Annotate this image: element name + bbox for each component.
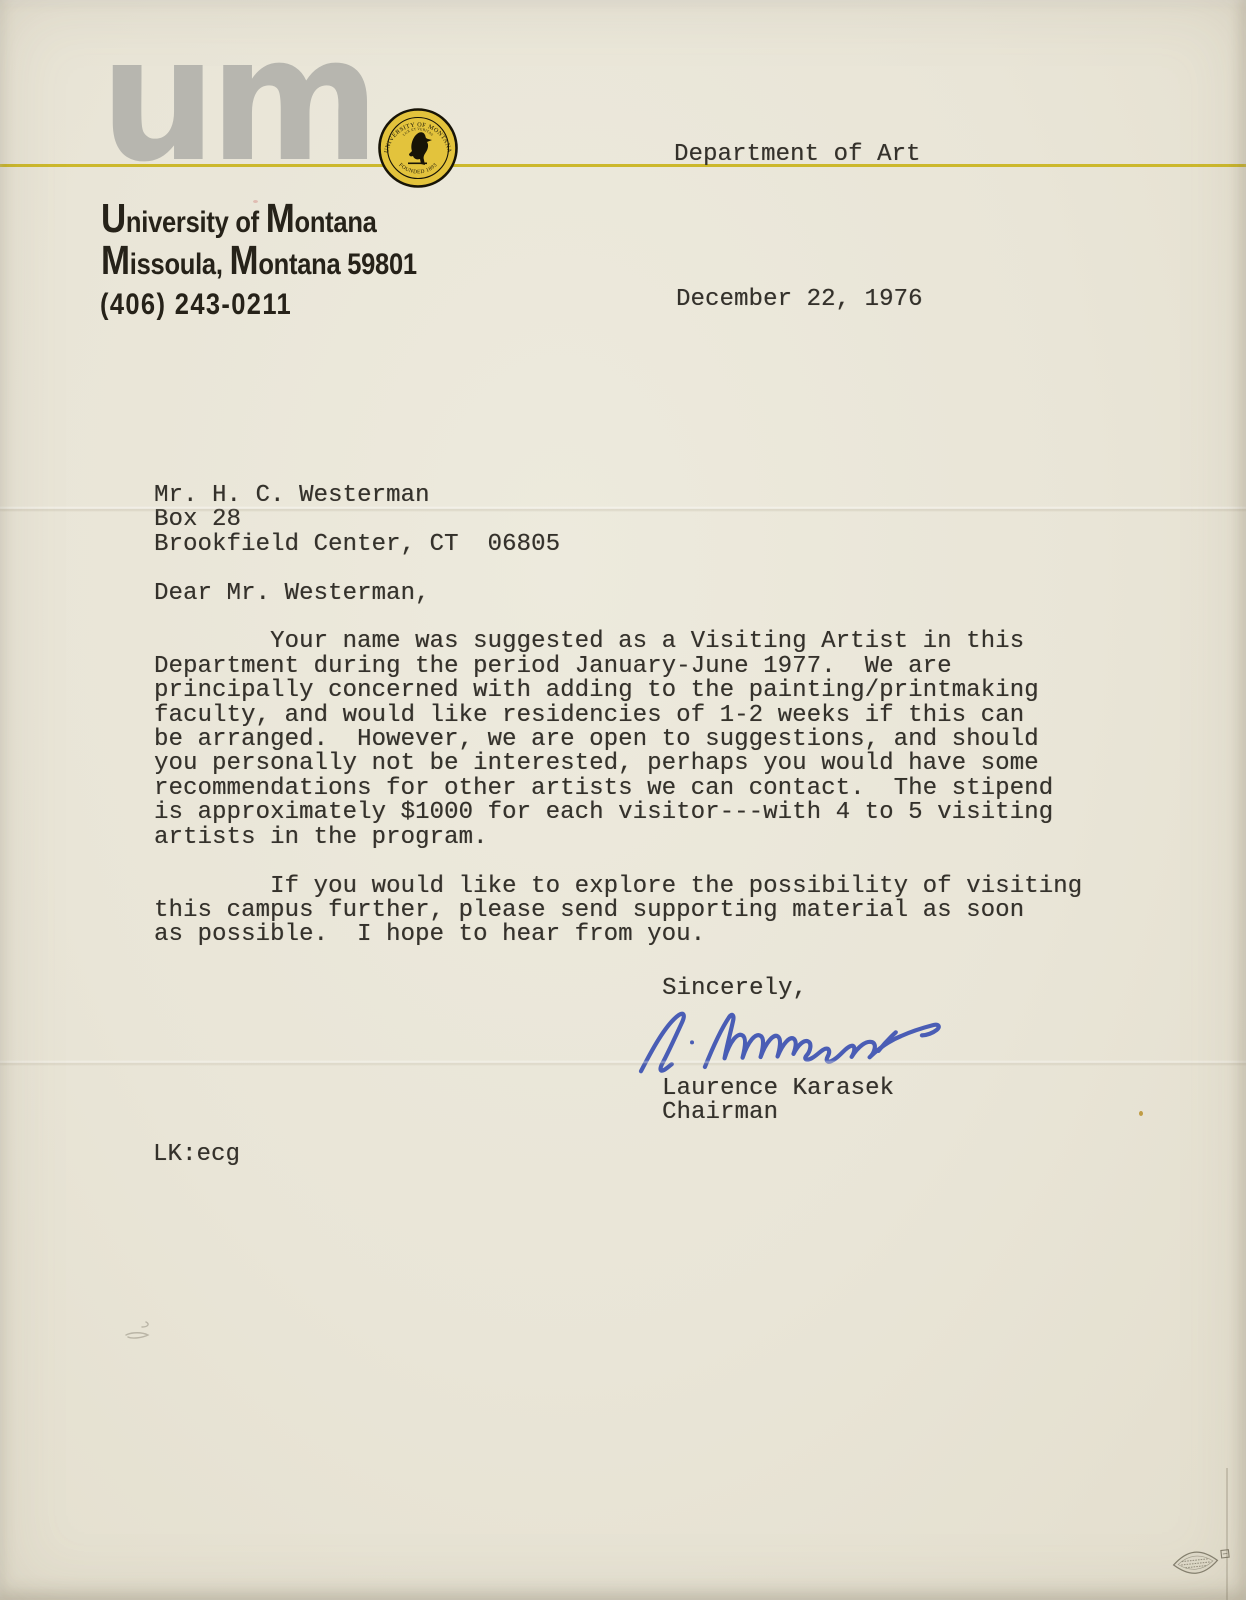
letter-sheet: um Department of Art UNIVERSITY OF MONTA… — [0, 0, 1246, 1600]
signature-stroke — [639, 1014, 686, 1072]
letterhead-text-part: ontana 59801 — [258, 248, 417, 281]
um-logo: um — [100, 14, 373, 186]
fold-crease-bottom — [0, 1060, 1246, 1066]
letter-body-text: Mr. H. C. Westerman Box 28 Brookfield Ce… — [154, 484, 1082, 948]
seal-ground-line — [408, 163, 427, 165]
embosser-stamp — [1171, 1546, 1233, 1578]
signature-dot — [690, 1040, 694, 1044]
signature-stroke — [703, 1008, 940, 1067]
letterhead-text-part: ontana — [295, 206, 377, 239]
letterhead-initial: M — [230, 237, 259, 283]
signer-name: Laurence Karasek — [662, 1077, 894, 1101]
pencil-smudge — [118, 1318, 162, 1342]
signer-title: Chairman — [662, 1101, 778, 1125]
paper-speck — [1139, 1111, 1143, 1116]
letterhead-phone: (406) 243-0211 — [100, 290, 292, 320]
department-heading: Department of Art — [674, 143, 921, 167]
gold-rule-divider — [0, 164, 1246, 167]
letterhead-initial: U — [101, 195, 126, 241]
signature-autograph — [629, 998, 951, 1081]
letterhead-university-line: University of Montana — [101, 198, 377, 239]
university-seal-icon: UNIVERSITY OF MONTANA FOUNDED 1893 LUX E… — [377, 107, 459, 189]
letter-date: December 22, 1976 — [676, 288, 923, 312]
closing-line: Sincerely, — [662, 977, 807, 1001]
letterhead-city-line: Missoula, Montana 59801 — [101, 240, 417, 281]
letterhead-text-part: issoula, — [130, 248, 230, 281]
embosser-oval — [1173, 1550, 1219, 1575]
letterhead-text-part: niversity of — [126, 206, 266, 239]
letterhead-initial: M — [266, 195, 295, 241]
scan-edge-line — [1226, 1468, 1228, 1600]
letterhead-initial: M — [101, 237, 130, 283]
paper-speck-small — [253, 200, 258, 203]
reference-initials: LK:ecg — [153, 1143, 240, 1167]
